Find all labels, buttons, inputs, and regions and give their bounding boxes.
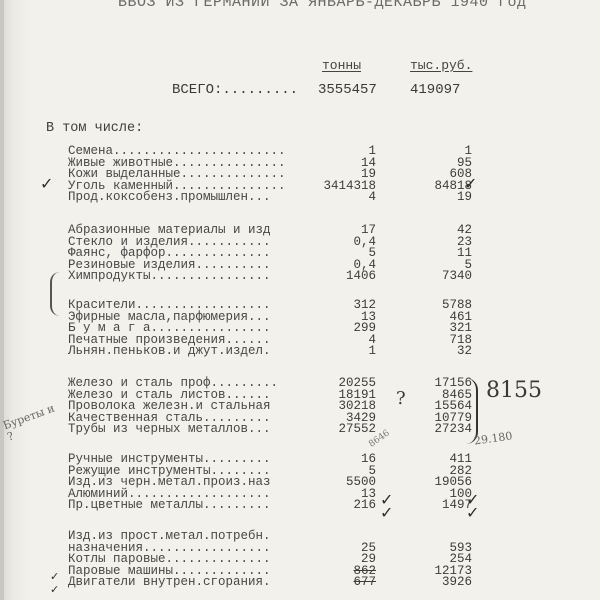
handwritten-question-mark: ?: [396, 388, 406, 409]
tonnes-value: 16: [296, 454, 376, 466]
handwritten-note-pipes: 29.180: [473, 429, 513, 447]
document-title: ВВОЗ ИЗ ГЕРМАНИИ ЗА ЯНВАРЬ-ДЕКАБРЬ 1940 …: [118, 0, 527, 11]
subheading: В том числе:: [46, 121, 143, 136]
rubles-value: 27234: [382, 424, 472, 436]
rubles-value: 1497: [382, 500, 472, 512]
total-tonnes: 3555457: [318, 82, 377, 98]
checkmark-icon: ✓: [380, 503, 393, 522]
column-header-rubles: тыс.руб.: [410, 58, 472, 73]
document-page: ВВОЗ ИЗ ГЕРМАНИИ ЗА ЯНВАРЬ-ДЕКАБРЬ 1940 …: [0, 0, 600, 600]
page-edge-shadow: [0, 0, 4, 600]
tonnes-value: 1406: [296, 271, 376, 283]
rubles-value: 7340: [382, 271, 472, 283]
checkmark-icon: ✓: [40, 174, 53, 193]
total-rubles: 419097: [410, 82, 460, 98]
tonnes-value: 0,4: [296, 237, 376, 249]
commodity-name: Прод.коксобенз.промышлен...: [68, 192, 271, 204]
tonnes-value: 4: [296, 335, 376, 347]
handwritten-brace-note: 8155: [486, 378, 542, 403]
checkmark-icon: ✓: [466, 503, 479, 522]
checkmark-icon: ✓: [50, 583, 59, 596]
tonnes-value: 3414318: [296, 181, 376, 193]
rubles-value: 11: [382, 248, 472, 260]
checkmark-icon: ✓: [464, 174, 477, 193]
tonnes-value: 27552: [296, 424, 376, 436]
total-label: ВСЕГО:.........: [172, 82, 298, 98]
column-header-tonnes: тонны: [322, 58, 361, 73]
margin-bracket: [50, 272, 60, 316]
rubles-value: 32: [382, 346, 472, 358]
rubles-value: 3926: [382, 577, 472, 589]
commodity-name: Пр.цветные металлы.........: [68, 500, 271, 512]
tonnes-value: 677: [296, 577, 376, 589]
checkmark-icon: ✓: [50, 570, 59, 583]
commodity-name: Химпродукты................: [68, 271, 271, 283]
commodity-name: Трубы из черных металлов...: [68, 424, 271, 436]
tonnes-value: 216: [296, 500, 376, 512]
commodity-name: Двигатели внутрен.сгорания.: [68, 577, 271, 589]
margin-scribble: Буреты и ?: [2, 400, 67, 443]
rubles-value: 19: [382, 192, 472, 204]
tonnes-value: 1: [296, 346, 376, 358]
tonnes-value: 4: [296, 192, 376, 204]
tonnes-value: 299: [296, 323, 376, 335]
commodity-name: Льнян.пеньков.и джут.издел.: [68, 346, 271, 358]
